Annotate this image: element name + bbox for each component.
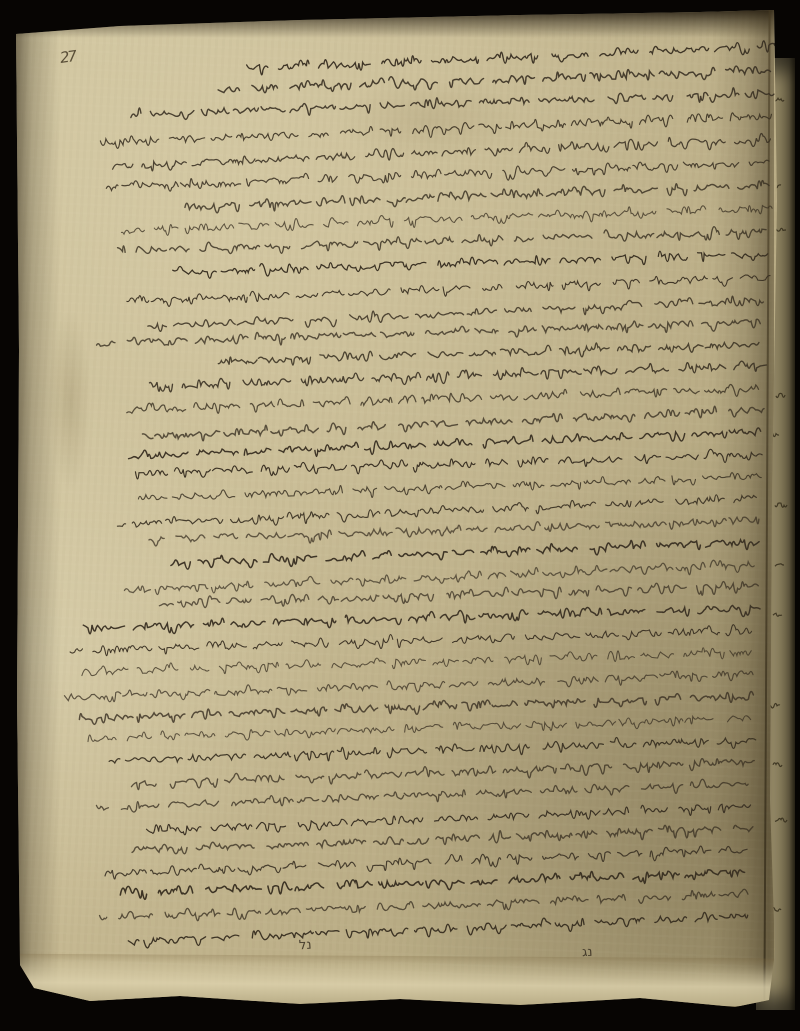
manuscript-paper: 27 נל נג (0, 0, 800, 1031)
binding-ink-mark (774, 390, 787, 400)
binding-ink-mark (771, 760, 784, 770)
handwritten-text-block (0, 0, 800, 1031)
binding-ink-mark (774, 560, 786, 570)
folio-mark-left: נל (298, 938, 312, 954)
binding-ink-mark (773, 815, 789, 825)
binding-ink-mark (773, 500, 789, 510)
binding-ink-mark (771, 610, 784, 620)
folio-mark-right: נג (582, 945, 593, 961)
manuscript-scan: 27 נל נג (0, 0, 800, 1031)
page-number-mark: 27 (59, 47, 76, 67)
